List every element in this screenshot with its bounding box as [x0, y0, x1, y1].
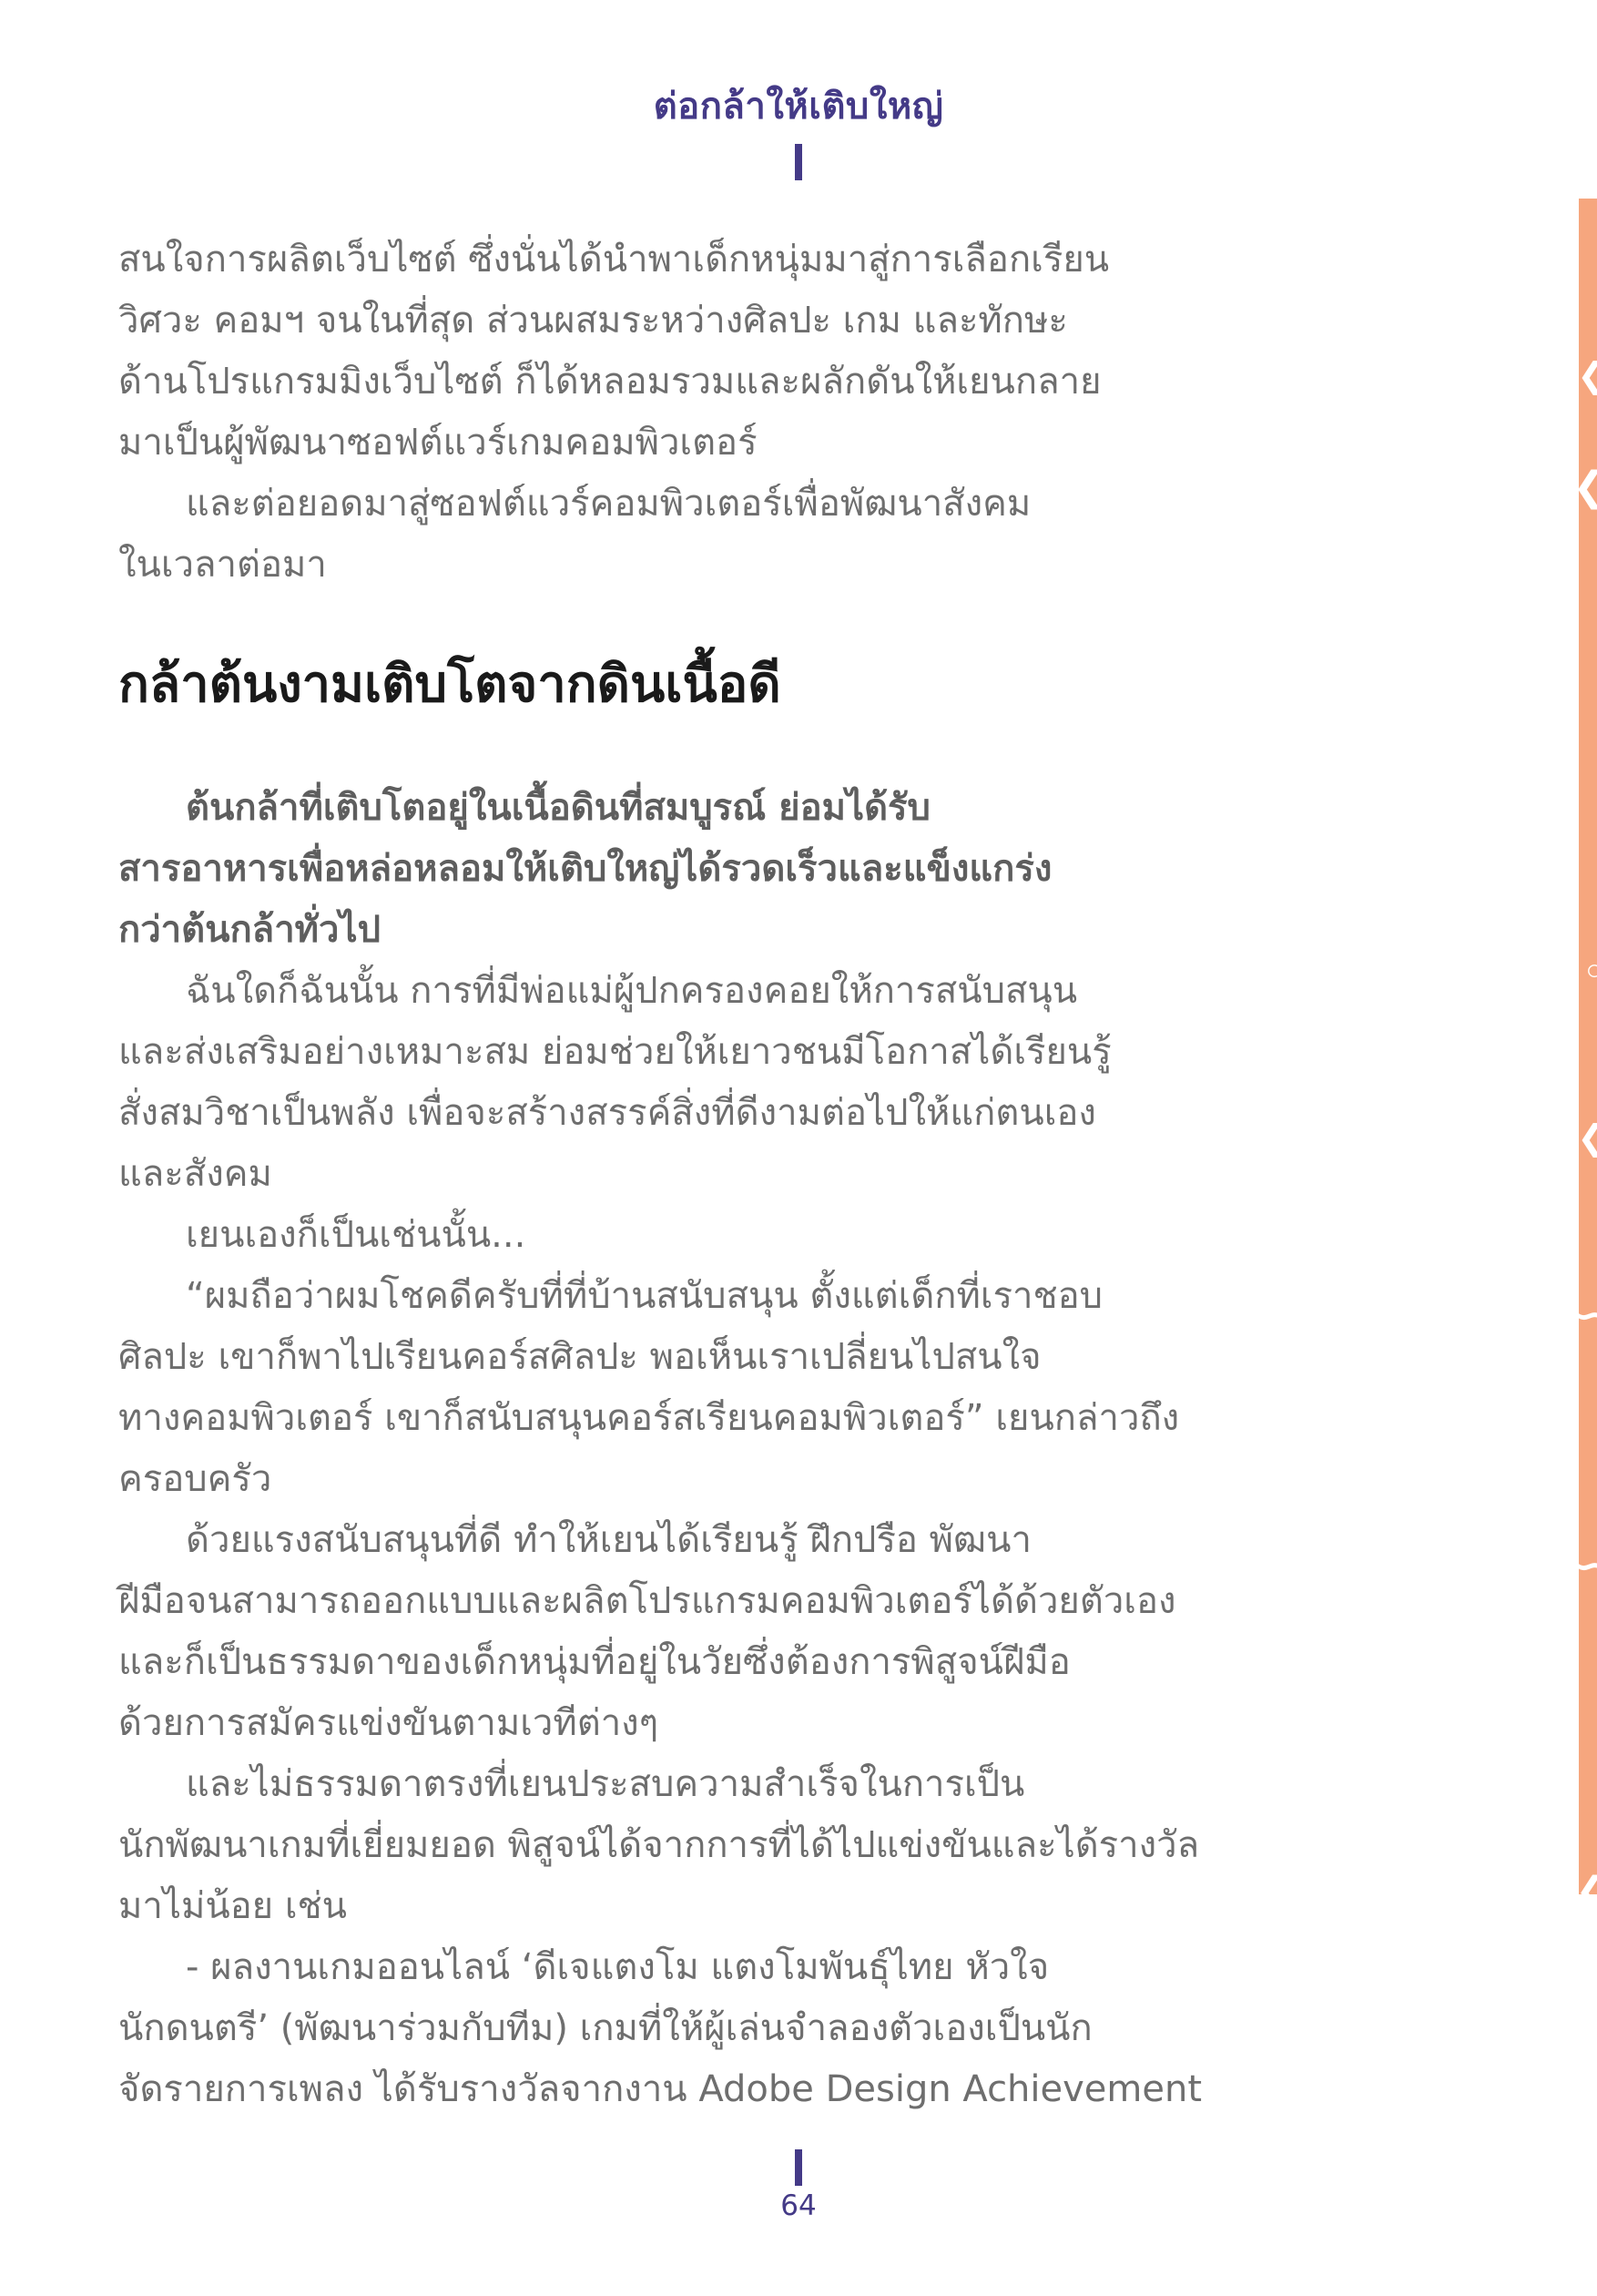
paragraph: ต้นกล้าที่เติบโตอยู่ในเนื้อดินที่สมบูรณ์… [118, 778, 1309, 961]
text-line: มาไม่น้อย เช่น [118, 1876, 1309, 1937]
running-title: ต่อกล้าให้เติบใหญ่ [0, 77, 1597, 135]
paragraph: สนใจการผลิตเว็บไซต์ ซึ่งนั่นได้นำพาเด็กห… [118, 230, 1309, 474]
decor-notch-icon: ❮ [1572, 467, 1597, 507]
paragraph: “ผมถือว่าผมโชคดีครับที่ที่บ้านสนับสนุน ต… [118, 1266, 1309, 1510]
text-line: มาเป็นผู้พัฒนาซอฟต์แวร์เกมคอมพิวเตอร์ [118, 413, 1309, 474]
text-line: ทางคอมพิวเตอร์ เขาก็สนับสนุนคอร์สเรียนคอ… [118, 1388, 1309, 1449]
paragraph: - ผลงานเกมออนไลน์ ‘ดีเจแตงโม แตงโมพันธุ์… [118, 1937, 1309, 2120]
text-line: และต่อยอดมาสู่ซอฟต์แวร์คอมพิวเตอร์เพื่อพ… [118, 474, 1309, 535]
decor-notch-icon: ❮ [1575, 1873, 1597, 1909]
text-line: ศิลปะ เขาก็พาไปเรียนคอร์สศิลปะ พอเห็นเรา… [118, 1327, 1309, 1388]
book-page: ต่อกล้าให้เติบใหญ่ ❮❮◦❮∽∽❮ สนใจการผลิตเว… [0, 0, 1597, 2296]
text-line: สารอาหารเพื่อหล่อหลอมให้เติบใหญ่ได้รวดเร… [118, 839, 1309, 900]
text-line: สนใจการผลิตเว็บไซต์ ซึ่งนั่นได้นำพาเด็กห… [118, 230, 1309, 291]
text-line: ด้านโปรแกรมมิงเว็บไซต์ ก็ได้หลอมรวมและผล… [118, 352, 1309, 413]
text-line: และส่งเสริมอย่างเหมาะสม ย่อมช่วยให้เยาวช… [118, 1022, 1309, 1083]
paragraph: ด้วยแรงสนับสนุนที่ดี ทำให้เยนได้เรียนรู้… [118, 1510, 1309, 1754]
paragraph: ฉันใดก็ฉันนั้น การที่มีพ่อแม่ผู้ปกครองคอ… [118, 961, 1309, 1205]
text-line: ฝีมือจนสามารถออกแบบและผลิตโปรแกรมคอมพิวเ… [118, 1571, 1309, 1632]
text-line: จัดรายการเพลง ได้รับรางวัลจากงาน Adobe D… [118, 2059, 1309, 2120]
decor-notch-icon: ◦ [1582, 954, 1597, 991]
text-line: ด้วยแรงสนับสนุนที่ดี ทำให้เยนได้เรียนรู้… [118, 1510, 1309, 1571]
text-line: ฉันใดก็ฉันนั้น การที่มีพ่อแม่ผู้ปกครองคอ… [118, 961, 1309, 1022]
decor-notch-icon: ∽ [1572, 1546, 1597, 1587]
section-heading: กล้าต้นงามเติบโตจากดินเนื้อดี [118, 648, 1309, 721]
text-line: วิศวะ คอมฯ จนในที่สุด ส่วนผสมระหว่างศิลป… [118, 291, 1309, 352]
text-line: นักพัฒนาเกมที่เยี่ยมยอด พิสูจน์ได้จากการ… [118, 1815, 1309, 1876]
text-line: ในเวลาต่อมา [118, 535, 1309, 596]
decor-notch-icon: ❮ [1577, 1120, 1597, 1155]
paragraph: เยนเองก็เป็นเช่นนั้น... [118, 1205, 1309, 1266]
page-edge-decor-strip: ❮❮◦❮∽∽❮ [1579, 199, 1597, 1894]
text-line: และก็เป็นธรรมดาของเด็กหนุ่มที่อยู่ในวัยซ… [118, 1632, 1309, 1693]
text-line: ด้วยการสมัครแข่งขันตามเวทีต่างๆ [118, 1693, 1309, 1754]
text-line: - ผลงานเกมออนไลน์ ‘ดีเจแตงโม แตงโมพันธุ์… [118, 1937, 1309, 1998]
page-number: 64 [0, 2189, 1597, 2222]
text-line: สั่งสมวิชาเป็นพลัง เพื่อจะสร้างสรรค์สิ่ง… [118, 1083, 1309, 1144]
text-line: ต้นกล้าที่เติบโตอยู่ในเนื้อดินที่สมบูรณ์… [118, 778, 1309, 839]
decor-notch-icon: ∽ [1572, 1296, 1597, 1336]
paragraph: และไม่ธรรมดาตรงที่เยนประสบความสำเร็จในกา… [118, 1754, 1309, 1937]
paragraph: และต่อยอดมาสู่ซอฟต์แวร์คอมพิวเตอร์เพื่อพ… [118, 474, 1309, 596]
text-line: นักดนตรี’ (พัฒนาร่วมกับทีม) เกมที่ให้ผู้… [118, 1998, 1309, 2059]
text-line: เยนเองก็เป็นเช่นนั้น... [118, 1205, 1309, 1266]
text-line: และไม่ธรรมดาตรงที่เยนประสบความสำเร็จในกา… [118, 1754, 1309, 1815]
text-line: กว่าต้นกล้าทั่วไป [118, 900, 1309, 961]
text-line: ครอบครัว [118, 1449, 1309, 1510]
title-divider-bar [795, 144, 802, 180]
decor-notch-icon: ❮ [1577, 358, 1597, 393]
text-line: “ผมถือว่าผมโชคดีครับที่ที่บ้านสนับสนุน ต… [118, 1266, 1309, 1327]
text-line: และสังคม [118, 1144, 1309, 1205]
body-text-column: สนใจการผลิตเว็บไซต์ ซึ่งนั่นได้นำพาเด็กห… [118, 230, 1309, 2120]
footer-divider-bar [795, 2149, 802, 2186]
